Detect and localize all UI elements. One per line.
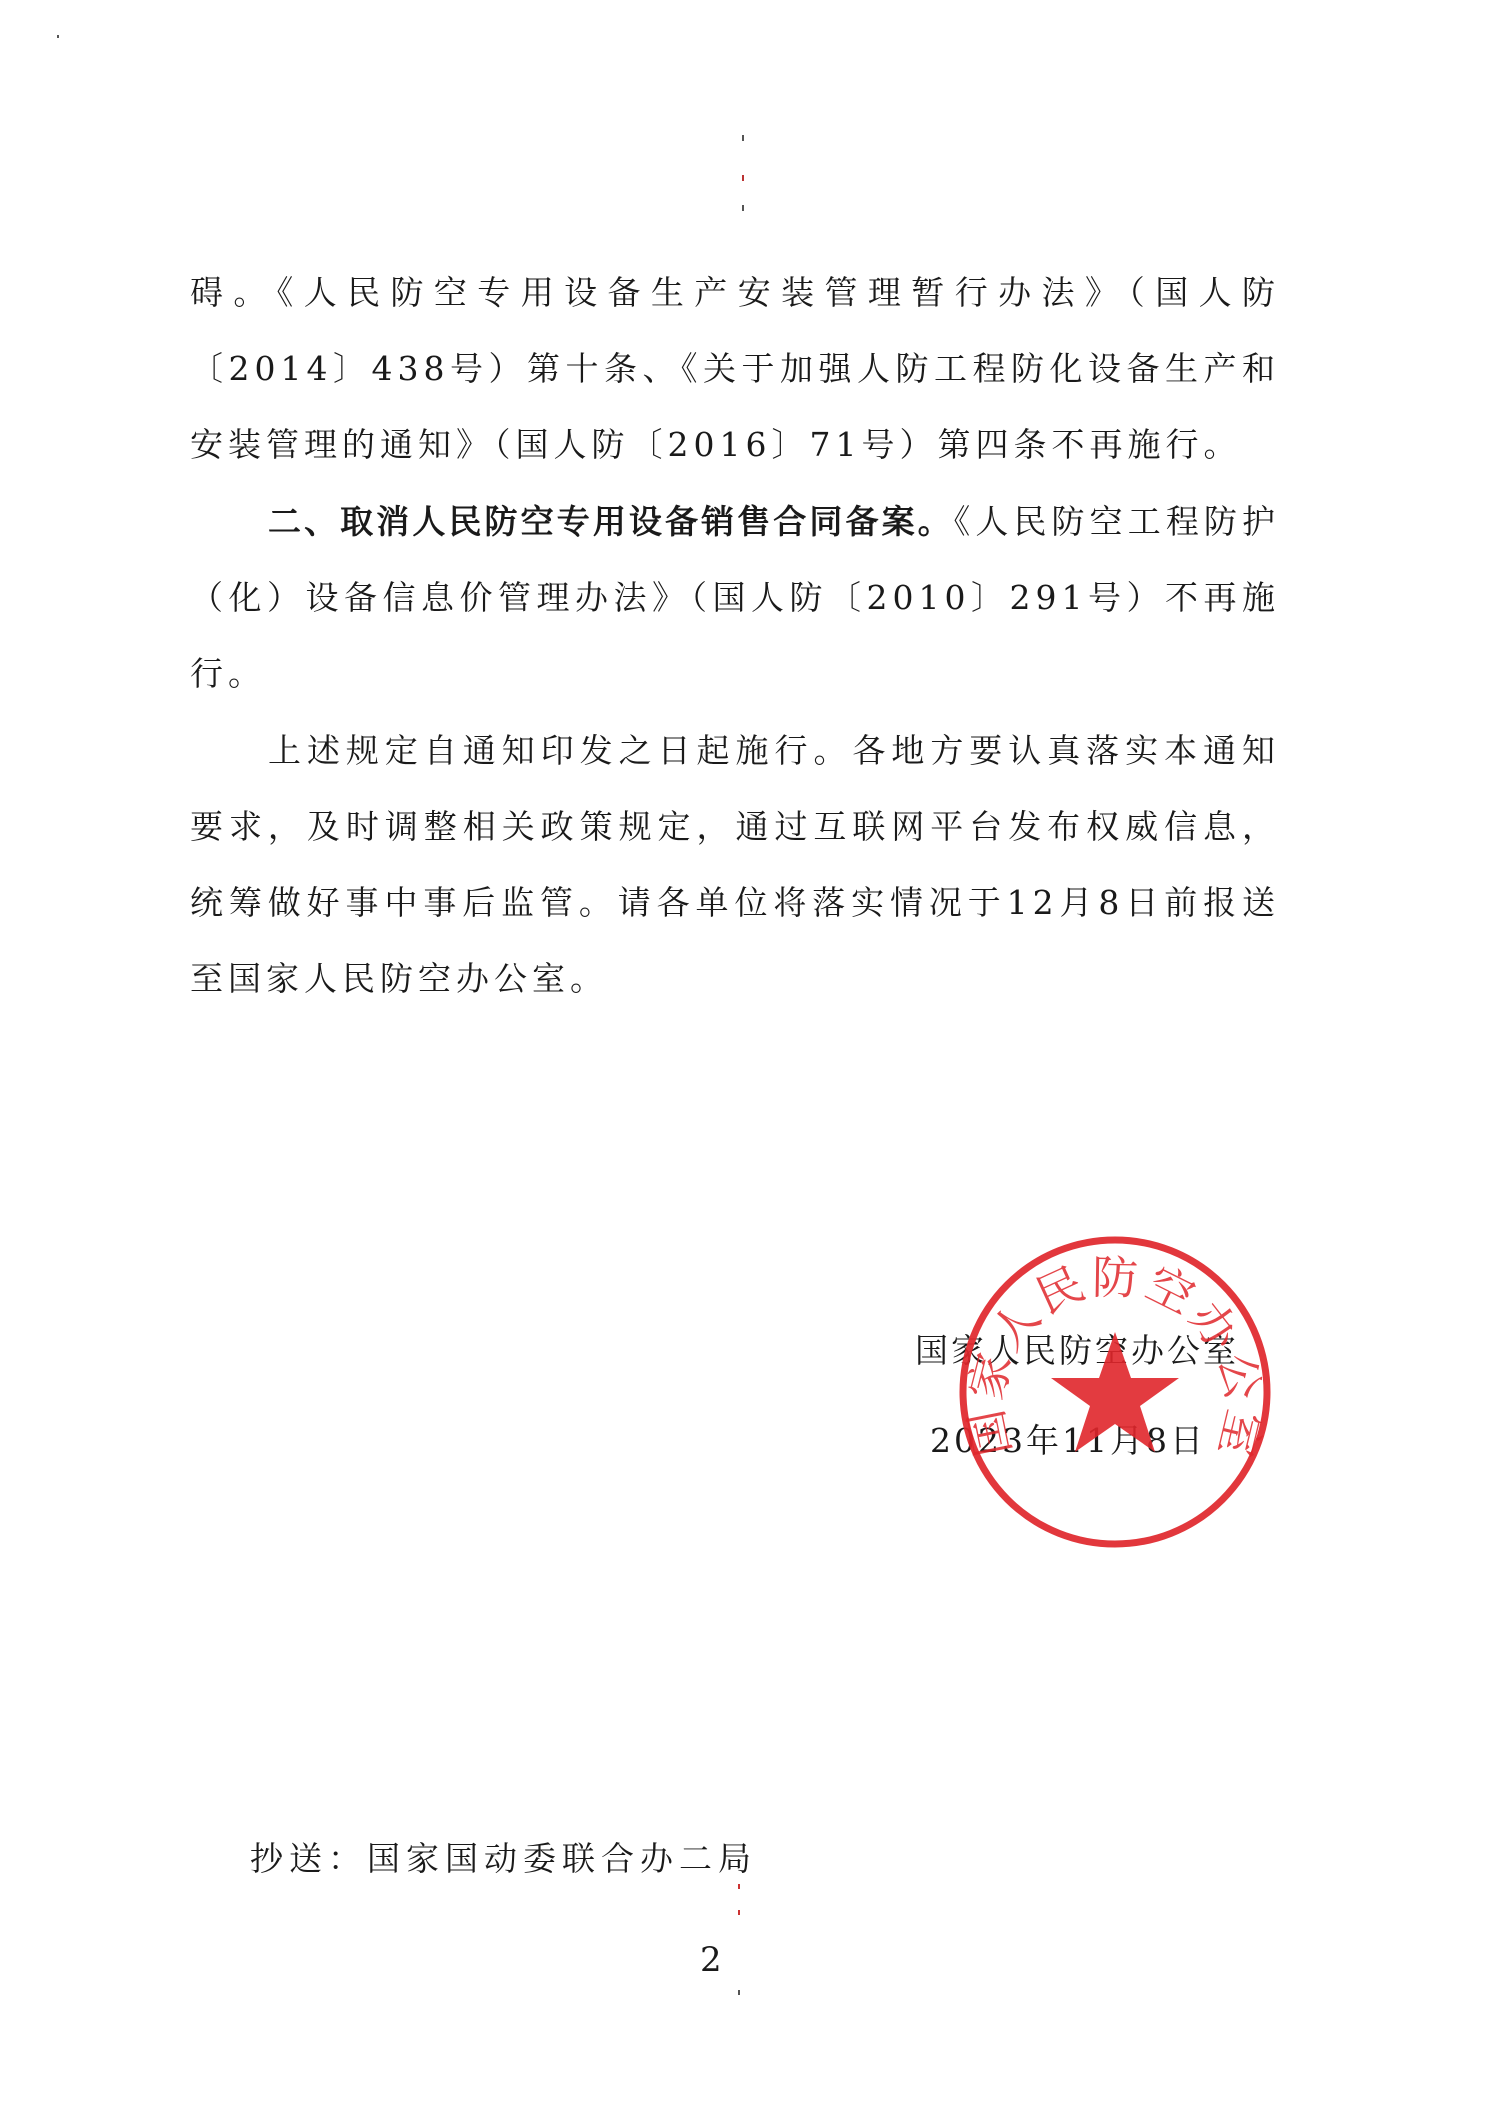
scan-speck [57,35,59,38]
paragraph-text: 上述规定自通知印发之日起施行。各地方要认真落实本通知要求，及时调整相关政策规定，… [190,731,1280,998]
document-page: 碍。《人民防空专用设备生产安装管理暂行办法》（国人防〔2014〕438号）第十条… [0,0,1487,2102]
item-heading: 二、取消人民防空专用设备销售合同备案。 [268,502,954,541]
official-seal-icon: 国家人民防空办公室 [955,1232,1275,1552]
binding-mark [738,1910,740,1915]
paragraph-implementation: 上述规定自通知印发之日起施行。各地方要认真落实本通知要求，及时调整相关政策规定，… [190,713,1280,1017]
page-number: 2 [700,1940,722,1980]
binding-mark [742,175,744,181]
binding-mark [742,135,744,141]
binding-mark [742,205,744,211]
binding-mark [738,1990,740,1995]
paragraph-text: 碍。《人民防空专用设备生产安装管理暂行办法》（国人防〔2014〕438号）第十条… [190,273,1280,464]
binding-mark [738,1884,740,1889]
signature-date: 2023年11月8日 [930,1415,1206,1462]
signature-organization: 国家人民防空办公室 [915,1325,1239,1372]
cc-recipients: 抄送：国家国动委联合办二局 [250,1833,757,1880]
paragraph-repealed-provisions: 碍。《人民防空专用设备生产安装管理暂行办法》（国人防〔2014〕438号）第十条… [190,255,1280,483]
paragraph-item-two: 二、取消人民防空专用设备销售合同备案。《人民防空工程防护（化）设备信息价管理办法… [190,484,1280,712]
